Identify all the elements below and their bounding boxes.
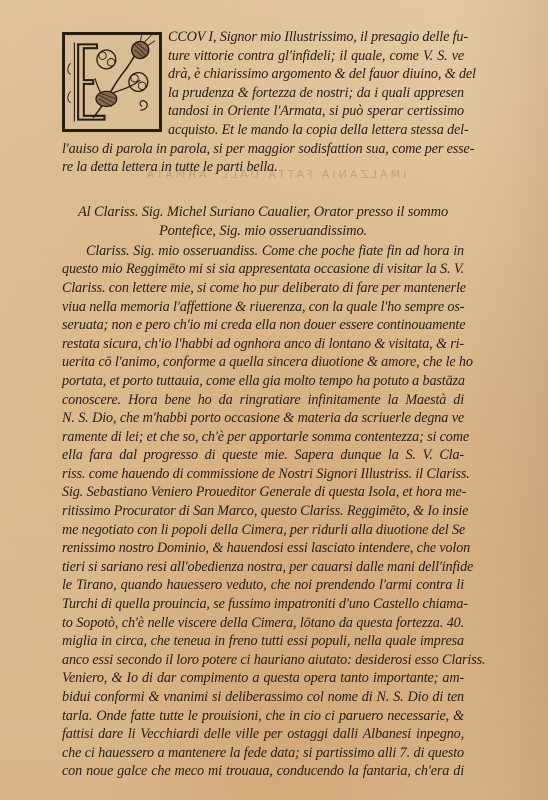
floral-initial-icon bbox=[65, 35, 159, 129]
intro-line: tandosi in Oriente l'Armata, si può sper… bbox=[168, 102, 464, 121]
body-line: seruata; non e pero ch'io mi creda ella … bbox=[62, 316, 464, 335]
text-block: CCOV I, Signor mio Illustrissimo, il pre… bbox=[62, 28, 464, 781]
body-line: to Sopotò, ch'è nelle viscere della Cime… bbox=[62, 614, 464, 633]
intro-line: CCOV I, Signor mio Illustrissimo, il pre… bbox=[168, 28, 464, 47]
intro-line: ture vittorie contra gl'infideli; il qua… bbox=[168, 47, 464, 66]
body-line: le Tirano, quando hauessero veduto, che … bbox=[62, 576, 464, 595]
body-line: renissimo nostro Dominio, & hauendosi es… bbox=[62, 539, 464, 558]
body-line: Clariss. Sig. mio osseruandiss. Come che… bbox=[62, 242, 464, 261]
intro-paragraph: CCOV I, Signor mio Illustrissimo, il pre… bbox=[62, 28, 464, 177]
body-line: Sig. Sebastiano Veniero Proueditor Gener… bbox=[62, 483, 464, 502]
body-line: N. S. Dio, che m'habbi porto occasione &… bbox=[62, 409, 464, 428]
letter-body: Clariss. Sig. mio osseruandiss. Come che… bbox=[62, 242, 464, 781]
body-line: viua nella memoria l'affettione & riuere… bbox=[62, 298, 464, 317]
body-line: questo mio Reggimēto mi si sia appresent… bbox=[62, 260, 464, 279]
body-line: tarla. Onde fatte tutte le prouisioni, c… bbox=[62, 707, 464, 726]
scanned-page: IMALZANIA FATTA DALL' ARMATA bbox=[0, 0, 548, 800]
body-line: miglia in circa, che teneua in freno tut… bbox=[62, 632, 464, 651]
body-line: anco essi secondo il loro potere ci haur… bbox=[62, 651, 464, 670]
body-line: Turchi di quella prouincia, se fussimo i… bbox=[62, 595, 464, 614]
body-line: Veniero, & Io di dar compimento a questa… bbox=[62, 669, 464, 688]
body-line: fattisi dare li Vecchiardi delle ville p… bbox=[62, 725, 464, 744]
intro-continuation-line: re la detta lettera in tutte le parti be… bbox=[62, 158, 464, 177]
drop-cap-initial-e-icon bbox=[62, 32, 162, 132]
heading-line-2: Pontefice, Sig. mio osseruandissimo. bbox=[62, 222, 464, 241]
body-line: con noue galce che meco mi trouaua, cond… bbox=[62, 762, 464, 781]
intro-line: la prudenza & fortezza de nostri; da i q… bbox=[168, 84, 464, 103]
body-line: conoscere. Hora bene ho da ringratiare i… bbox=[62, 391, 464, 410]
page-edge-shadow bbox=[458, 0, 548, 800]
intro-continuation-line: l'auiso di parola in parola, si per magg… bbox=[62, 140, 464, 159]
body-line: me negotiato con li popoli della Cimera,… bbox=[62, 521, 464, 540]
body-line: riss. come hauendo di commissione de Nos… bbox=[62, 465, 464, 484]
body-line: ella fara dal progresso di queste mie. S… bbox=[62, 446, 464, 465]
body-line: restata sicura, ch'io l'habbi ad ognhora… bbox=[62, 335, 464, 354]
body-line: bidui conformi & vnanimi si deliberassim… bbox=[62, 688, 464, 707]
intro-line: acquisto. Et le mando la copia della let… bbox=[168, 121, 464, 140]
body-line: ritissimo Procurator di San Marco, quest… bbox=[62, 502, 464, 521]
body-line: Clariss. con lettere mie, si come ho pur… bbox=[62, 279, 464, 298]
body-line: che ci hauessero a mantenere la fede dat… bbox=[62, 744, 464, 763]
heading-line-1: Al Clariss. Sig. Michel Suriano Caualier… bbox=[62, 203, 464, 222]
body-line: portata, et porto tuttauia, come ella gi… bbox=[62, 372, 464, 391]
body-line: tieri si sariano resi all'obedienza nost… bbox=[62, 558, 464, 577]
body-line: uerita cō l'animo, conforme a quella sin… bbox=[62, 353, 464, 372]
body-line: ramente di lei; et che so, ch'è per appo… bbox=[62, 428, 464, 447]
intro-line: drà, è chiarissimo argomento & del fauor… bbox=[168, 65, 464, 84]
letter-heading: Al Clariss. Sig. Michel Suriano Caualier… bbox=[62, 203, 464, 241]
